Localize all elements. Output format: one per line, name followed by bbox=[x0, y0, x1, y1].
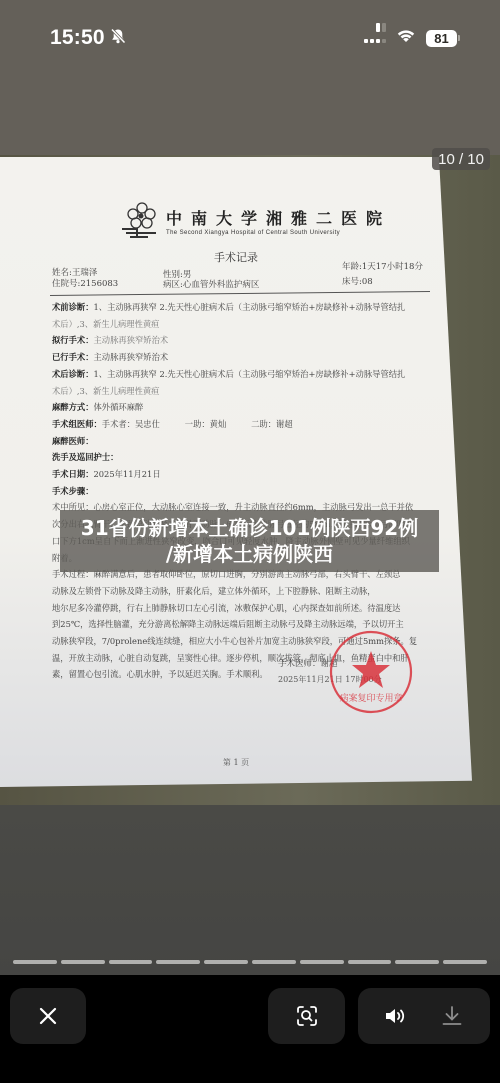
record-line: 术前诊断：1、主动脉再狭窄 2.先天性心脏病术后（主动脉弓缩窄矫治+房缺修补+动… bbox=[52, 299, 432, 316]
ward: 病区:心血管外科监护病区 bbox=[163, 278, 259, 290]
bottom-toolbar bbox=[0, 977, 500, 1083]
progress-segment[interactable] bbox=[156, 960, 200, 964]
hospital-name-cn: 中南大学湘雅二医院 bbox=[166, 206, 391, 229]
progress-segment[interactable] bbox=[348, 960, 392, 964]
headline-caption: 31省份新增本土确诊101例陕西92例 /新增本土病例陕西 bbox=[60, 510, 439, 572]
patient-age: 年龄:1天17小时18分 bbox=[342, 260, 423, 272]
photo-lower-background bbox=[0, 805, 500, 975]
visual-lookup-icon bbox=[293, 1002, 321, 1030]
slide-progress bbox=[13, 960, 487, 964]
close-icon bbox=[34, 1002, 62, 1030]
record-line: 拟行手术：主动脉再狭窄矫治术 bbox=[52, 332, 432, 349]
close-button[interactable] bbox=[10, 988, 86, 1044]
bed-number: 床号:08 bbox=[342, 275, 373, 287]
headline-line-1: 31省份新增本土确诊101例陕西92例 bbox=[60, 515, 439, 541]
admission-number: 住院号:2156083 bbox=[52, 277, 118, 289]
status-time: 15:50 bbox=[50, 26, 105, 50]
wifi-icon bbox=[396, 28, 416, 48]
hospital-stamp-icon: 病案复印专用章 bbox=[326, 627, 416, 717]
record-line: 手术组医师：手术者：吴忠仕 一助：黄灿 二助：谢超 bbox=[52, 416, 432, 433]
record-line: 术后诊断：1、主动脉再狭窄 2.先天性心脏病术后（主动脉弓缩窄矫治+房缺修补+动… bbox=[52, 366, 432, 383]
record-line: 地尔尼多冷灌停跳，行右上肺静脉切口左心引流，冰敷保护心肌，心内探查如前所述。待温… bbox=[52, 600, 432, 617]
image-counter: 10 / 10 bbox=[432, 148, 490, 170]
download-icon[interactable] bbox=[438, 1002, 466, 1030]
progress-segment[interactable] bbox=[395, 960, 439, 964]
record-line: 手术日期：2025年11月21日 bbox=[52, 466, 432, 483]
record-line: 麻醉医师： bbox=[52, 433, 432, 450]
record-line: 洗手及巡回护士： bbox=[52, 449, 432, 466]
bell-slash-icon bbox=[109, 27, 127, 50]
svg-text:病案复印专用章: 病案复印专用章 bbox=[339, 692, 402, 704]
speaker-icon[interactable] bbox=[382, 1002, 410, 1030]
media-actions-group bbox=[358, 988, 490, 1044]
record-line: 手术步骤： bbox=[52, 483, 432, 500]
progress-segment[interactable] bbox=[13, 960, 57, 964]
visual-lookup-button[interactable] bbox=[268, 988, 345, 1044]
progress-segment[interactable] bbox=[300, 960, 344, 964]
status-bar: 15:50 81 bbox=[0, 20, 500, 56]
record-line: 术后）,3、新生儿病理性黄疸 bbox=[52, 383, 432, 400]
progress-segment[interactable] bbox=[252, 960, 296, 964]
battery-indicator: 81 bbox=[426, 30, 460, 47]
battery-tip bbox=[458, 35, 460, 41]
progress-segment[interactable] bbox=[61, 960, 105, 964]
hospital-name-en: The Second Xiangya Hospital of Central S… bbox=[166, 230, 391, 236]
cellular-signal-icon bbox=[364, 33, 386, 43]
hospital-header: 中南大学湘雅二医院 The Second Xiangya Hospital of… bbox=[120, 202, 391, 240]
header-divider bbox=[50, 291, 430, 296]
battery-level: 81 bbox=[426, 30, 457, 47]
record-line: 麻醉方式：体外循环麻醉 bbox=[52, 399, 432, 416]
photo-view[interactable]: 中南大学湘雅二医院 The Second Xiangya Hospital of… bbox=[0, 155, 500, 805]
progress-segment[interactable] bbox=[204, 960, 248, 964]
headline-line-2: /新增本土病例陕西 bbox=[60, 541, 439, 567]
record-line: 术后）,3、新生儿病理性黄疸 bbox=[52, 316, 432, 333]
surgery-record-body: 术前诊断：1、主动脉再狭窄 2.先天性心脏病术后（主动脉弓缩窄矫治+房缺修补+动… bbox=[52, 299, 432, 683]
progress-segment[interactable] bbox=[109, 960, 153, 964]
hospital-logo-icon bbox=[120, 202, 160, 240]
page-number: 第 1 页 bbox=[0, 757, 472, 768]
record-line: 动脉及左锁骨下动脉及降主动脉，肝素化后，建立体外循环，上下腔静脉、阻断主动脉， bbox=[52, 583, 432, 600]
document-paper: 中南大学湘雅二医院 The Second Xiangya Hospital of… bbox=[0, 157, 472, 787]
record-line: 已行手术：主动脉再狭窄矫治术 bbox=[52, 349, 432, 366]
progress-segment[interactable] bbox=[443, 960, 487, 964]
